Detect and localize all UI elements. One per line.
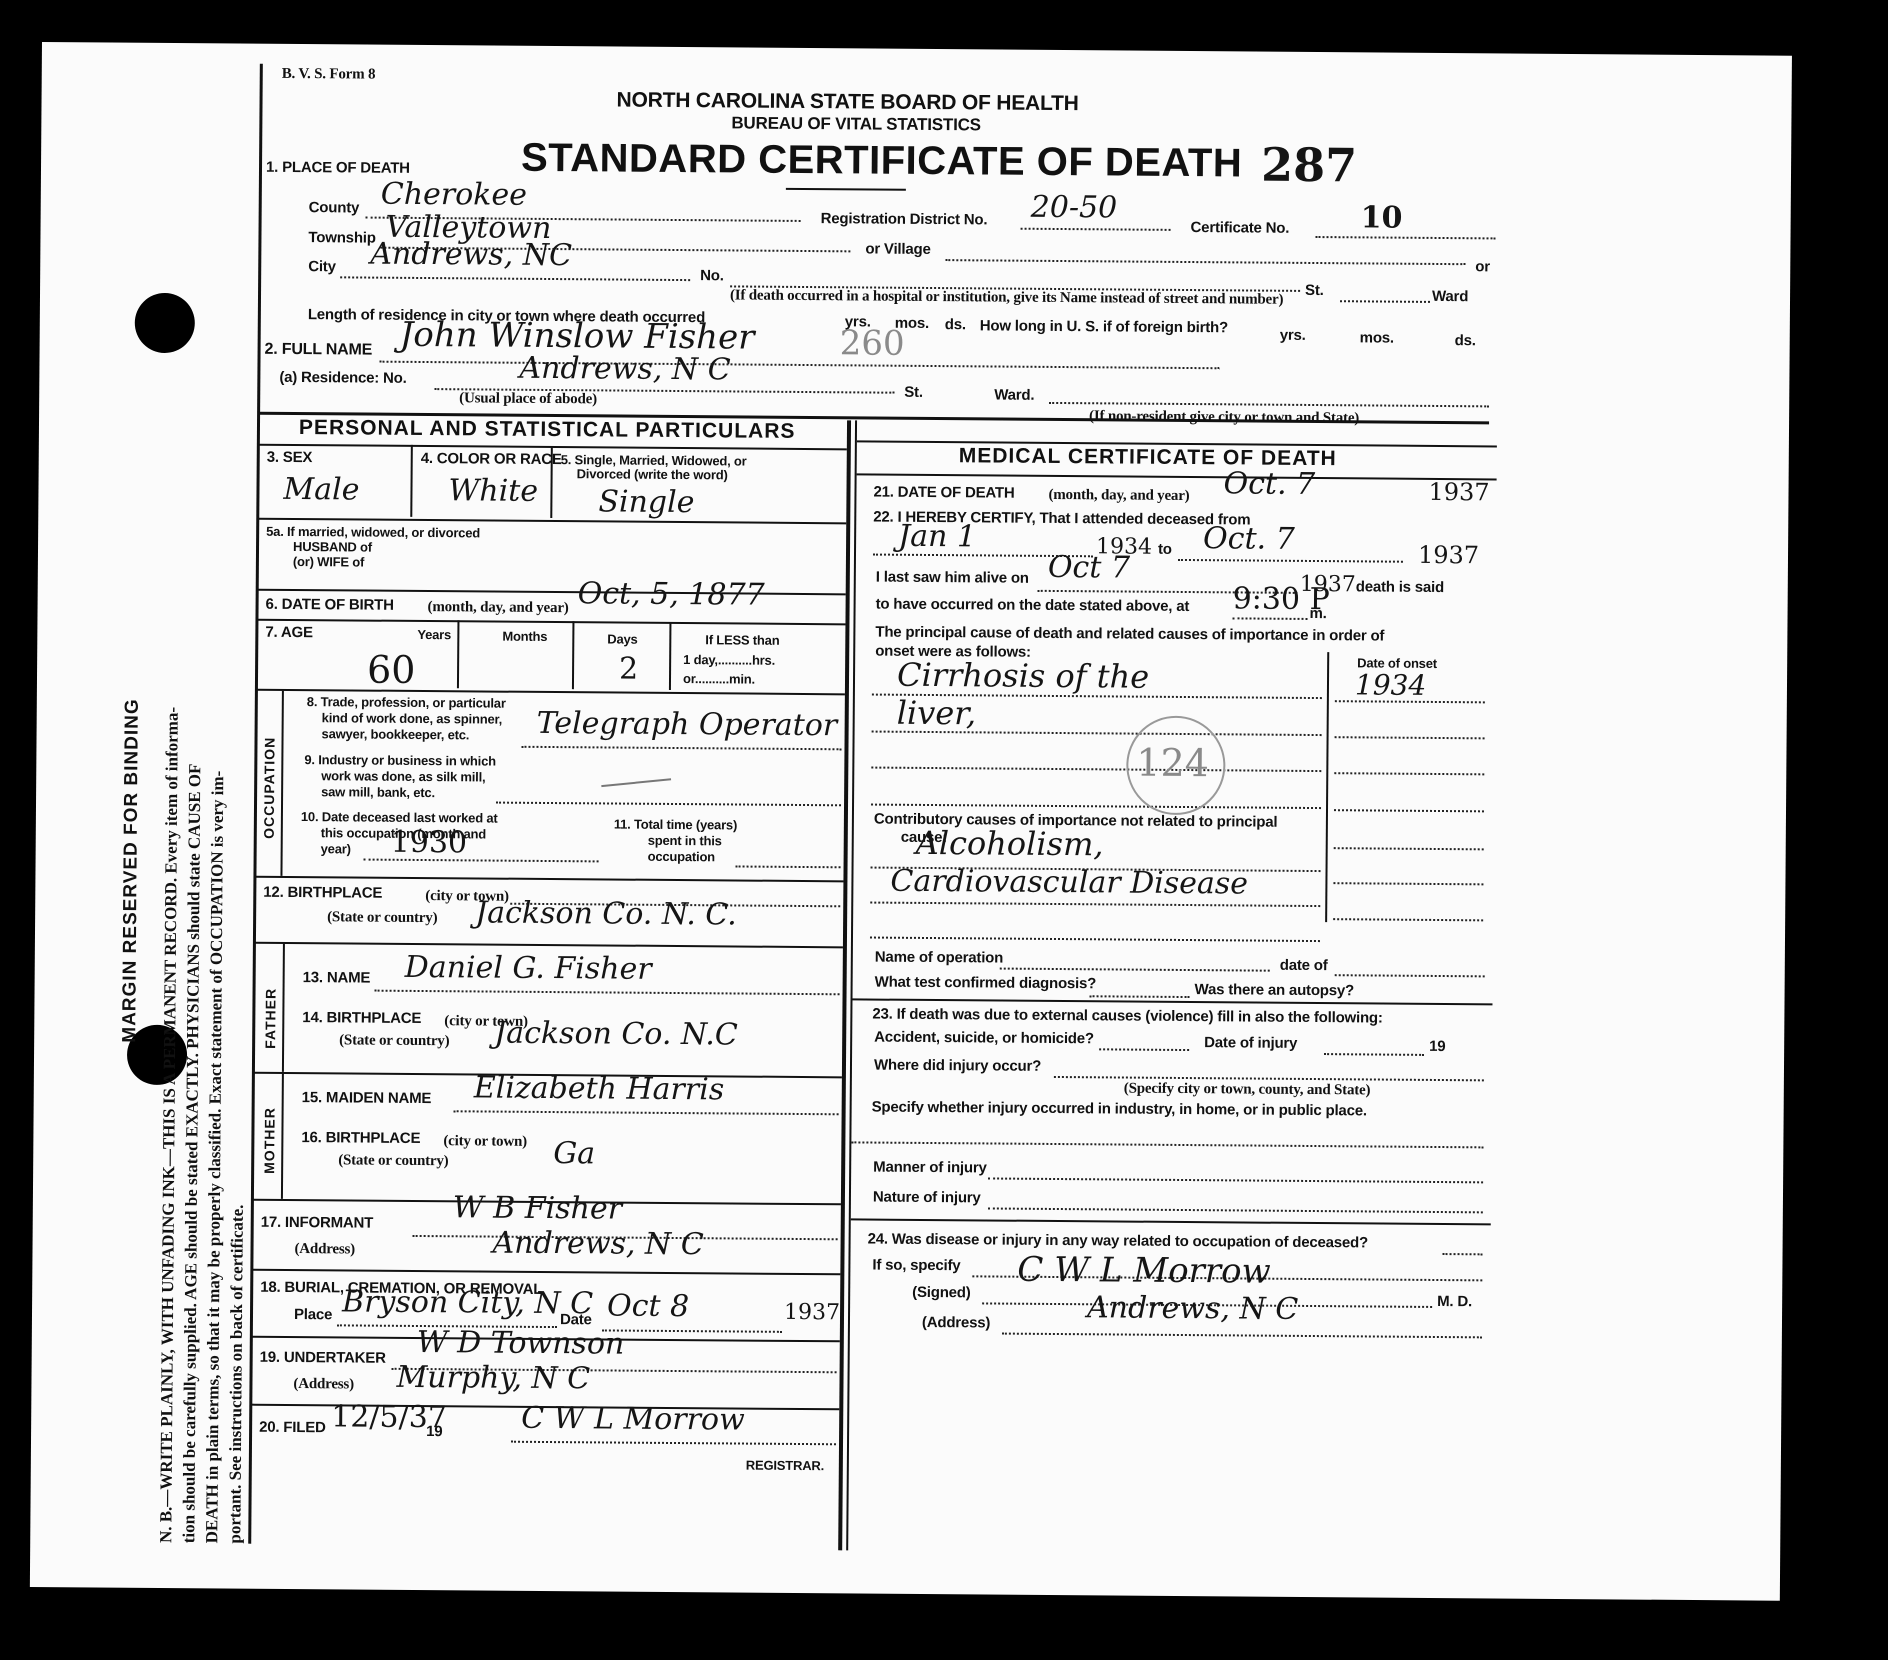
abode-note: (Usual place of abode) [459, 390, 597, 408]
sex-race-divider [410, 445, 413, 517]
accident-line [1099, 1048, 1189, 1051]
attended-from-value[interactable]: Jan 1 [898, 519, 976, 555]
occupation-side-rule [280, 691, 283, 876]
residence-st-label: St. [904, 384, 923, 401]
accident-label: Accident, suicide, or homicide? [874, 1029, 1094, 1048]
village-line [945, 259, 1465, 265]
age-label: 7. AGE [265, 624, 313, 641]
last-worked-label-3: year) [321, 841, 351, 856]
undertaker-address-value[interactable]: Murphy, N C [396, 1360, 590, 1397]
undertaker-value[interactable]: W D Townson [417, 1325, 625, 1362]
years-label: Years [417, 627, 451, 642]
informant-value[interactable]: W B Fisher [453, 1190, 622, 1226]
less-label-2: 1 day,..........hrs. [683, 652, 775, 668]
specify-place-line [851, 1141, 1483, 1148]
margin-instruction-line-4: portant. See instructions on back of cer… [224, 1204, 249, 1543]
undertaker-label: 19. UNDERTAKER [260, 1349, 386, 1367]
nature-line [988, 1207, 1483, 1213]
dod-year-value[interactable]: 1937 [1428, 478, 1489, 506]
foreign-birth-label: How long in U. S. if of foreign birth? [980, 317, 1228, 336]
father-name-value[interactable]: Daniel G. Fisher [405, 950, 652, 987]
total-time-label-3: occupation [648, 849, 715, 865]
row-rule-23 [851, 1218, 1491, 1225]
full-name-line [379, 361, 1219, 370]
contrib-line-2 [870, 902, 1320, 908]
foreign-mos-label: mos. [1360, 329, 1394, 346]
st-label: St. [1305, 282, 1324, 299]
spouse-label-2: HUSBAND of [293, 539, 372, 555]
nature-label: Nature of injury [873, 1189, 981, 1207]
certificate-no-label: Certificate No. [1191, 219, 1290, 237]
sex-value[interactable]: Male [283, 472, 359, 508]
physician-address-label: (Address) [922, 1314, 990, 1332]
form-id: B. V. S. Form 8 [282, 66, 376, 84]
operation-date-label: date of [1280, 957, 1328, 974]
signed-label: (Signed) [912, 1284, 971, 1301]
onset-value[interactable]: 1934 [1355, 668, 1427, 702]
total-time-label-2: spent in this [648, 833, 722, 849]
age-years-value[interactable]: 60 [367, 648, 416, 692]
occupation-question-line [1443, 1253, 1483, 1255]
informant-label: 17. INFORMANT [261, 1214, 374, 1232]
burial-year-value[interactable]: 1937 [784, 1300, 840, 1325]
physician-signature[interactable]: C W L Morrow [1017, 1250, 1271, 1292]
death-said-label: death is said [1356, 578, 1444, 596]
burial-date-value[interactable]: Oct 8 [607, 1288, 689, 1324]
father-birthplace-value[interactable]: Jackson Co. N.C [494, 1016, 738, 1053]
certificate-no-value[interactable]: 10 [1361, 200, 1403, 235]
father-name-label: 13. NAME [303, 969, 371, 987]
mother-name-label: 15. MAIDEN NAME [302, 1089, 432, 1107]
certificate-no-line [1315, 236, 1495, 239]
operation-label: Name of operation [875, 949, 1003, 967]
county-label: County [309, 199, 360, 216]
row-rule-5 [258, 518, 846, 525]
mother-side-label: MOTHER [261, 1107, 278, 1174]
mother-birthplace-label: 16. BIRTHPLACE [301, 1129, 420, 1147]
onset-line-3 [1334, 772, 1484, 775]
margin-binding-note: MARGIN RESERVED FOR BINDING [119, 698, 144, 1043]
occurred-label: to have occurred on the date stated abov… [876, 596, 1190, 615]
or-label: or [1475, 258, 1490, 275]
total-time-line [736, 865, 841, 868]
personal-section-header: PERSONAL AND STATISTICAL PARTICULARS [299, 416, 796, 444]
father-birthplace-state-label: (State or country) [339, 1032, 449, 1050]
trade-label-3: sawyer, bookkeeper, etc. [322, 726, 470, 742]
informant-address-value[interactable]: Andrews, N C [492, 1226, 703, 1263]
village-label: or Village [865, 240, 930, 258]
row-rule-12 [255, 942, 843, 949]
spouse-label-1: 5a. If married, widowed, or divorced [266, 524, 480, 541]
agency-name: NORTH CAROLINA STATE BOARD OF HEALTH [616, 89, 1078, 117]
cause-value-1[interactable]: Cirrhosis of the [897, 656, 1149, 696]
marital-label-2: Divorced (write the word) [577, 466, 728, 482]
dod-value[interactable]: Oct. 7 [1223, 466, 1315, 502]
trade-label-2: kind of work done, as spinner, [322, 710, 502, 726]
industry-line [496, 802, 841, 807]
punch-hole-top [135, 293, 195, 353]
external-label: 23. If death was due to external causes … [872, 1006, 1382, 1027]
manner-line [988, 1177, 1483, 1183]
spouse-label-3: (or) WIFE of [293, 554, 364, 570]
contrib-value-1[interactable]: Alcoholism, [916, 824, 1104, 863]
industry-dash-mark [601, 778, 671, 787]
attended-to-value[interactable]: Oct. 7 [1203, 521, 1295, 557]
father-side-rule [282, 944, 285, 1072]
age-col-3 [669, 622, 672, 690]
residence-label: (a) Residence: No. [279, 369, 406, 387]
industry-label-2: work was done, as silk mill, [321, 768, 485, 784]
cause-value-2[interactable]: liver, [897, 694, 977, 733]
trade-value[interactable]: Telegraph Operator [537, 706, 838, 743]
specify-city-note: (Specify city or town, county, and State… [1124, 1081, 1371, 1100]
physician-address-value[interactable]: Andrews, N C [1087, 1290, 1298, 1327]
age-col-2 [572, 621, 575, 689]
marital-value[interactable]: Single [598, 484, 694, 520]
autopsy-label: Was there an autopsy? [1195, 981, 1355, 999]
m-label: m. [1309, 605, 1326, 622]
undertaker-address-label: (Address) [293, 1376, 354, 1393]
filed-label: 20. FILED [259, 1419, 326, 1437]
cause-line-3 [871, 767, 1321, 773]
filed-nineteen: 19 [426, 1423, 442, 1440]
dod-sublabel: (month, day, and year) [1048, 487, 1189, 505]
reg-district-label: Registration District No. [821, 210, 988, 228]
days-label: Days [607, 631, 637, 646]
occupation-question-label: 24. Was disease or injury in any way rel… [868, 1231, 1369, 1252]
dob-sublabel: (month, day, and year) [428, 599, 569, 617]
row-rule-occupation [255, 876, 843, 883]
onset-line-7 [1333, 918, 1483, 921]
residence-value[interactable]: Andrews, N C [519, 351, 730, 388]
onset-line-1 [1335, 700, 1485, 703]
reg-district-line [1021, 228, 1171, 231]
attended-to-line [1178, 559, 1403, 563]
father-side-label: FATHER [262, 988, 278, 1049]
title-underline [786, 188, 906, 191]
dob-value[interactable]: Oct, 5, 1877 [578, 576, 765, 612]
row-rule-22 [852, 998, 1492, 1005]
registrar-label: REGISTRAR. [746, 1458, 824, 1474]
time-line [1233, 617, 1308, 620]
stamp-number: 287 [1261, 138, 1357, 193]
onset-line-5 [1334, 847, 1484, 850]
if-so-label: If so, specify [872, 1257, 960, 1275]
less-label-3: or..........min. [683, 671, 755, 687]
birthplace-state-label: (State or country) [327, 909, 437, 927]
burial-date-line [602, 1329, 782, 1332]
race-marital-divider [550, 446, 553, 518]
contrib-value-2[interactable]: Cardiovascular Disease [890, 864, 1248, 902]
onset-column-rule [1325, 652, 1329, 922]
age-days-value[interactable]: 2 [619, 652, 638, 687]
cause-code-value: 124 [1136, 741, 1209, 786]
onset-line-2 [1335, 736, 1485, 739]
informant-address-label: (Address) [294, 1241, 355, 1258]
mother-birthplace-city-label: (city or town) [443, 1133, 527, 1151]
where-label: Where did injury occur? [874, 1057, 1041, 1075]
birthplace-value[interactable]: Jackson Co. N. C. [475, 895, 737, 932]
full-name-annotation: 260 [840, 323, 905, 364]
death-certificate-page: MARGIN RESERVED FOR BINDING N. B.—WRITE … [30, 42, 1792, 1601]
father-birthplace-label: 14. BIRTHPLACE [302, 1009, 421, 1027]
manner-label: Manner of injury [873, 1159, 987, 1177]
trade-line [521, 746, 841, 751]
burial-place-value[interactable]: Bryson City, N C [342, 1284, 593, 1321]
injury-nineteen: 19 [1429, 1038, 1445, 1055]
industry-label-1: 9. Industry or business in which [304, 752, 496, 769]
operation-line [1000, 968, 1270, 972]
ward-line [1340, 300, 1430, 303]
street-no-label: No. [700, 267, 724, 284]
to-label: to [1158, 541, 1172, 558]
father-name-line [375, 990, 840, 996]
document-title: STANDARD CERTIFICATE OF DEATH [521, 136, 1242, 187]
row-rule-informant [252, 1269, 840, 1276]
burial-place-label: Place [294, 1306, 332, 1323]
registrar-sig-line [511, 1441, 836, 1446]
last-saw-label: I last saw him alive on [876, 569, 1029, 587]
injury-date-line [1324, 1053, 1424, 1056]
race-value[interactable]: White [448, 473, 538, 509]
industry-label-3: saw mill, bank, etc. [321, 784, 435, 800]
last-worked-label-1: 10. Date deceased last worked at [301, 809, 498, 826]
last-saw-value[interactable]: Oct 7 [1048, 550, 1130, 586]
occupation-side-label: OCCUPATION [261, 737, 278, 839]
sex-label: 3. SEX [267, 449, 313, 466]
injury-date-label: Date of injury [1204, 1034, 1297, 1052]
dod-label: 21. DATE OF DEATH [873, 484, 1014, 502]
dob-label: 6. DATE OF BIRTH [266, 596, 394, 614]
mother-name-value[interactable]: Elizabeth Harris [474, 1070, 725, 1107]
mother-side-rule [281, 1074, 284, 1199]
birthplace-label: 12. BIRTHPLACE [263, 884, 382, 902]
mother-name-line [454, 1110, 839, 1115]
hospital-note: (If death occurred in a hospital or inst… [730, 287, 1283, 308]
trade-label-1: 8. Trade, profession, or particular [307, 694, 506, 711]
ward-label: Ward [1432, 288, 1468, 305]
months-label: Months [502, 629, 547, 644]
row-rule-6 [257, 619, 845, 626]
specify-place-label: Specify whether injury occurred in indus… [872, 1099, 1367, 1120]
last-worked-value[interactable]: 1930 [391, 825, 468, 861]
township-label: Township [308, 229, 375, 247]
physician-address-line [1002, 1333, 1482, 1339]
cause-label-1: The principal cause of death and related… [875, 624, 1384, 645]
foreign-ds-label: ds. [1455, 332, 1476, 349]
test-label: What test confirmed diagnosis? [875, 974, 1097, 993]
test-line [1090, 995, 1190, 998]
residence-ward-label: Ward. [994, 386, 1034, 403]
contrib-line-3 [870, 937, 1320, 943]
mother-birthplace-value[interactable]: Ga [553, 1136, 595, 1171]
race-label: 4. COLOR OR RACE [421, 450, 562, 468]
city-value[interactable]: Andrews, NC [370, 237, 572, 274]
place-of-death-label: 1. PLACE OF DEATH [266, 159, 410, 177]
ds-label: ds. [945, 316, 966, 333]
city-label: City [308, 258, 336, 275]
medical-header-bottom-rule [857, 473, 1497, 480]
bureau-name: BUREAU OF VITAL STATISTICS [731, 113, 981, 135]
total-time-label-1: 11. Total time (years) [614, 817, 737, 833]
reg-district-value[interactable]: 20-50 [1031, 190, 1118, 226]
operation-date-line [1335, 974, 1485, 977]
registrar-signature[interactable]: C W L Morrow [521, 1401, 745, 1438]
mother-birthplace-state-label: (State or country) [338, 1152, 448, 1170]
county-value[interactable]: Cherokee [381, 177, 527, 213]
residence-ward-line [1049, 402, 1489, 407]
less-label-1: If LESS than [705, 632, 779, 648]
city-line [340, 276, 690, 281]
cause-line-4 [871, 804, 1321, 810]
onset-line-6 [1333, 882, 1483, 885]
onset-line-4 [1334, 809, 1484, 812]
where-line [1054, 1076, 1484, 1081]
age-col-1 [457, 620, 460, 688]
full-name-label: 2. FULL NAME [265, 341, 373, 360]
attended-to-year[interactable]: 1937 [1418, 541, 1479, 569]
foreign-yrs-label: yrs. [1280, 327, 1306, 344]
md-label: M. D. [1437, 1293, 1472, 1310]
